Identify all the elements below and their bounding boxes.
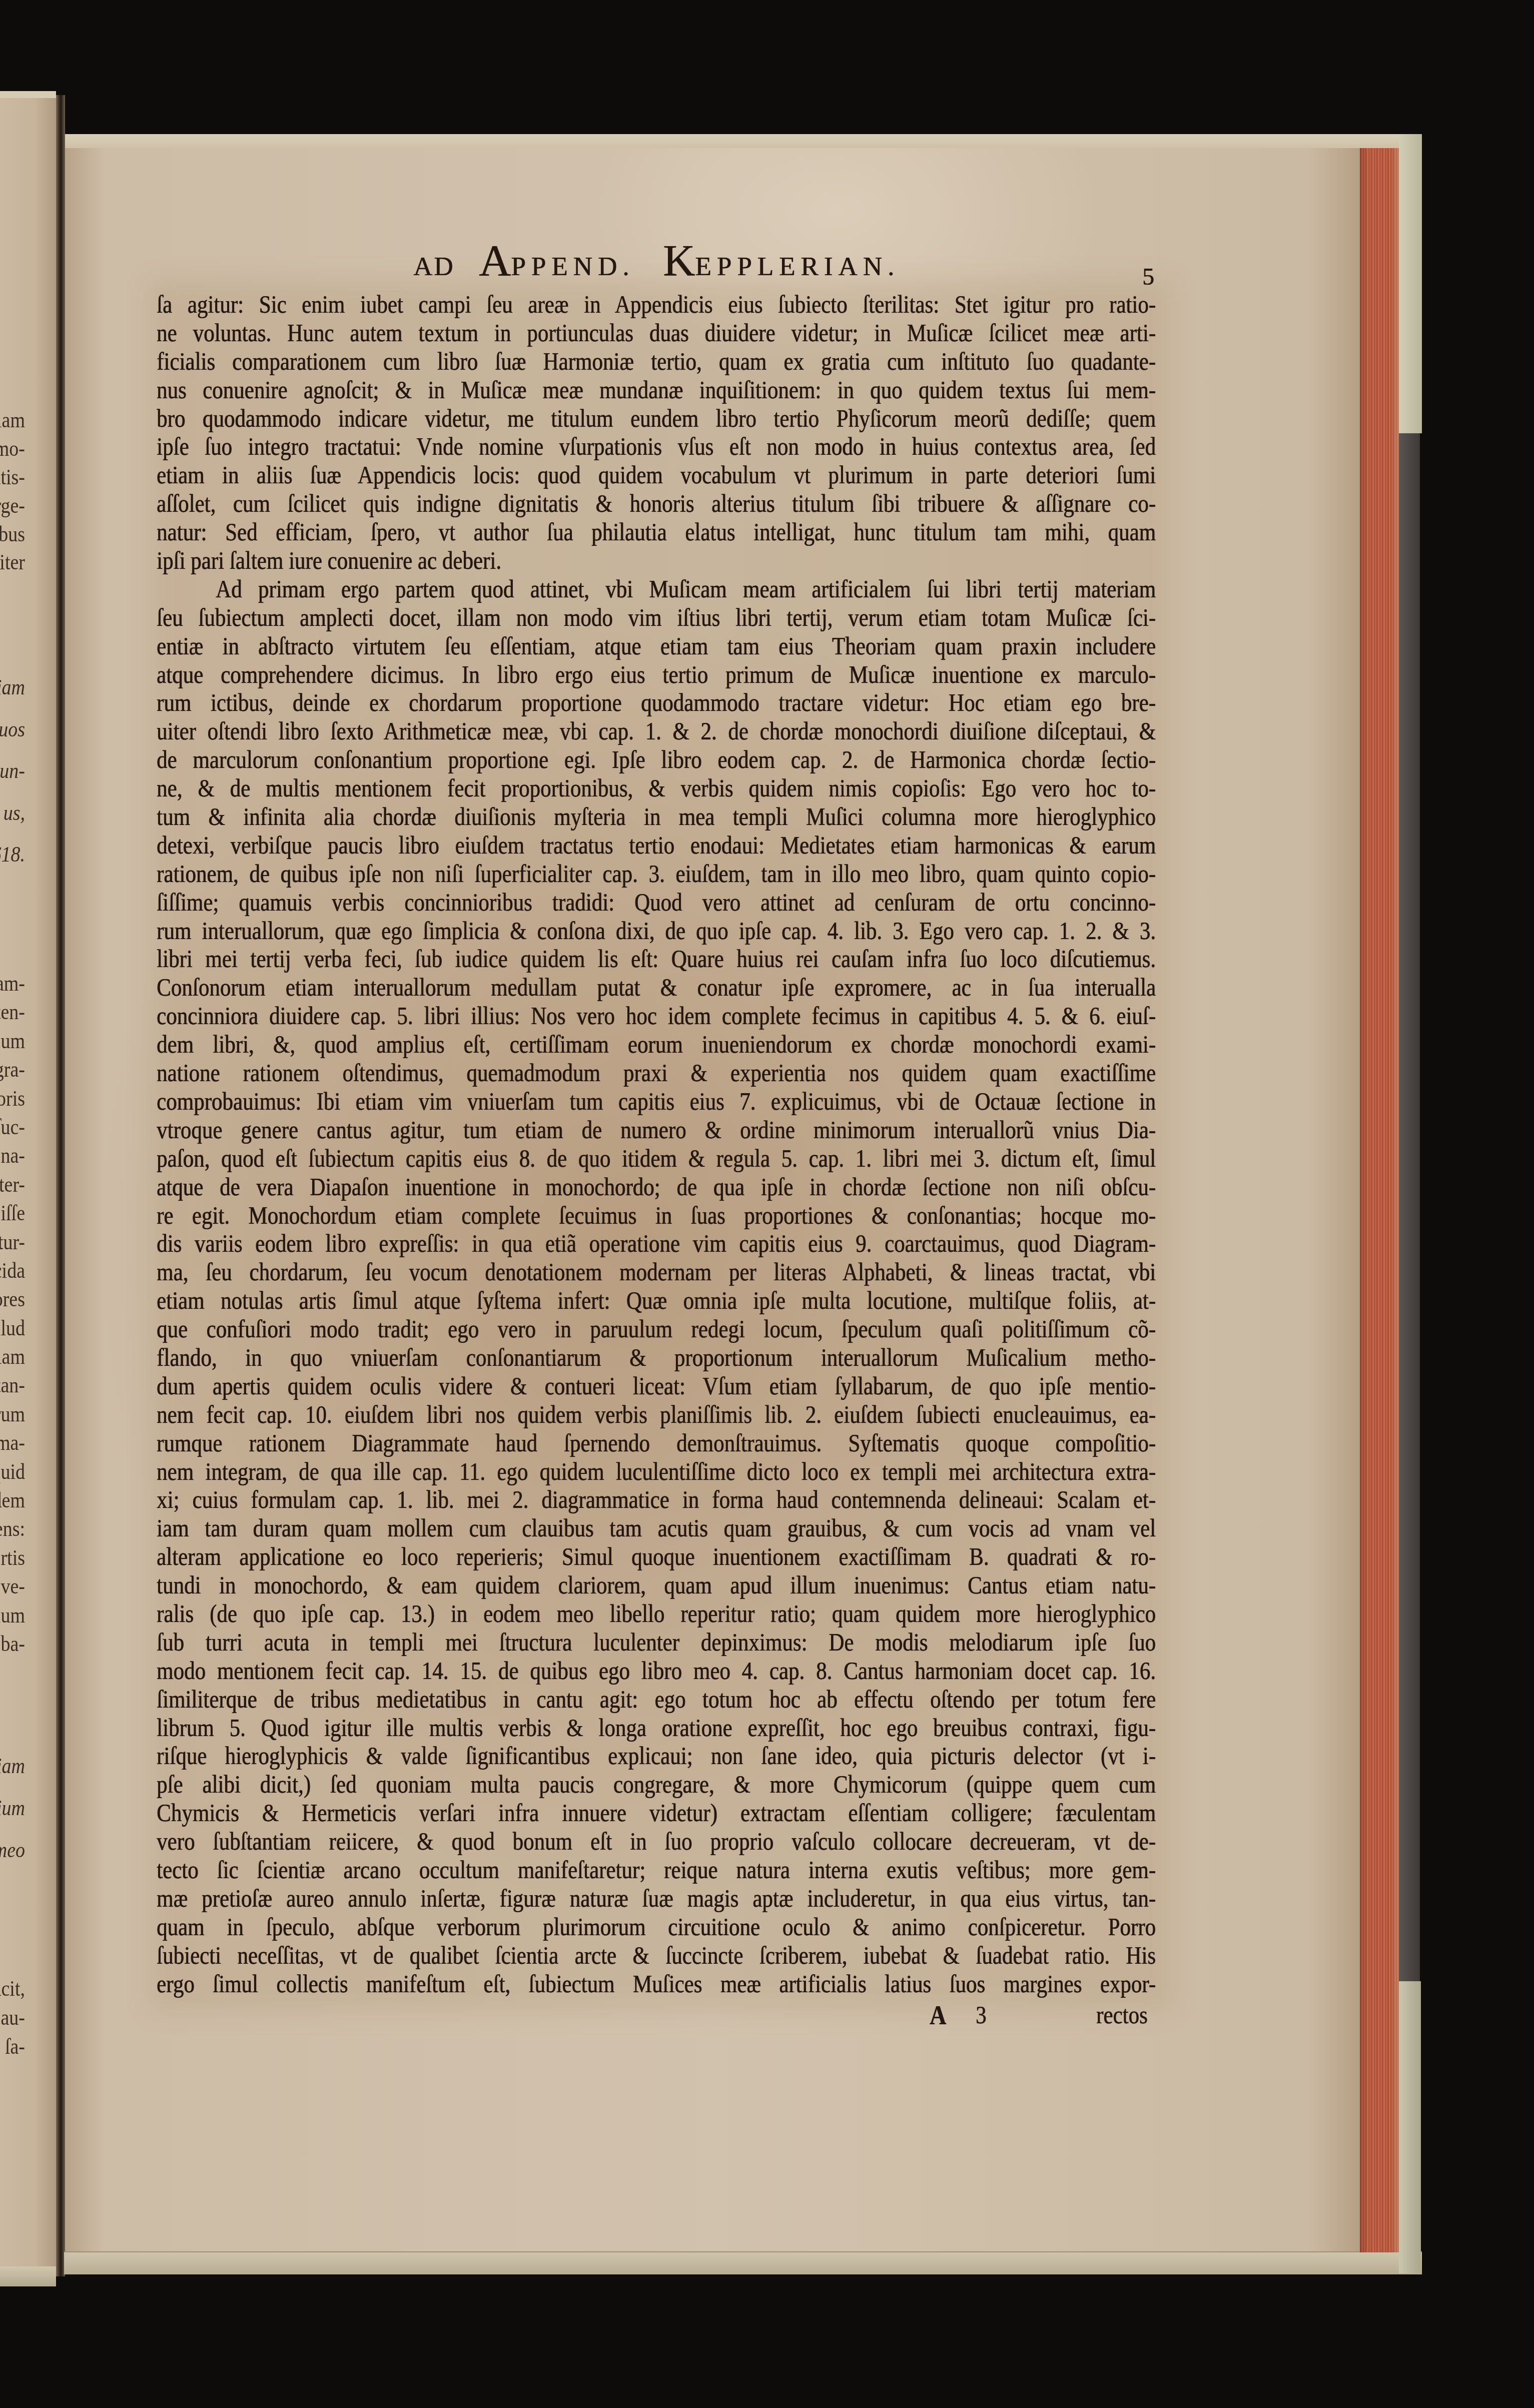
margin-fragment: ſa- — [0, 2030, 25, 2064]
margin-fragment: rge- — [0, 489, 25, 522]
signature-number: 3 — [976, 1998, 987, 2032]
margin-fragment: i meo — [0, 1826, 25, 1875]
running-head-text: PPEND. — [511, 252, 634, 281]
margin-fragment: un- — [0, 747, 25, 795]
previous-page-fragments-1: iam mo- ſatis- rge- ibus uiter — [0, 406, 25, 577]
margin-fragment: tur- — [0, 1226, 25, 1259]
margin-fragment: tium — [0, 1784, 25, 1833]
running-head-word-1: AD — [413, 239, 455, 283]
margin-fragment: roba- — [0, 1628, 25, 1661]
book-gutter — [56, 95, 65, 2276]
margin-fragment: uter- — [0, 1168, 25, 1201]
page-bottom-edge — [64, 2251, 1422, 2274]
running-head-text: AD — [413, 252, 455, 281]
margin-fragment: iam — [0, 404, 25, 437]
margin-fragment: llud — [0, 1312, 25, 1345]
body-text: ſa agitur: Sic enim iubet campi ſeu areæ… — [157, 291, 1156, 1998]
margin-fragment: ten- — [0, 996, 25, 1029]
margin-fragment: iſſe — [0, 1197, 25, 1230]
cover-edge-dark — [1399, 433, 1420, 1981]
vellum-cover-edge-bottom — [1399, 1981, 1421, 2273]
margin-fragment: erum — [0, 1398, 25, 1431]
margin-fragment: itan- — [0, 1369, 25, 1402]
margin-fragment: ma- — [0, 1427, 25, 1460]
margin-fragment: gra- — [0, 1054, 25, 1087]
previous-page-fragments-3: am- ten- cum gra- oris ſuc- n na- uter- … — [0, 970, 25, 1659]
margin-fragment: o cau- — [0, 2001, 25, 2035]
margin-fragment: tens: — [0, 1513, 25, 1546]
margin-fragment: oris — [0, 1082, 25, 1115]
margin-fragment: n na- — [0, 1140, 25, 1173]
previous-page-fragments-2: iam uos un- us, 618. — [0, 667, 25, 876]
margin-fragment: ſatis- — [0, 461, 25, 494]
margin-fragment: facit, — [0, 1972, 25, 2006]
margin-fragment: certis — [0, 1542, 25, 1575]
margin-fragment: cida — [0, 1255, 25, 1288]
margin-fragment: riam — [0, 1742, 25, 1791]
margin-fragment: uiter — [0, 546, 25, 579]
text-line: ergo ſimul collectis manifeſtum eſt, ſub… — [157, 1967, 1156, 2001]
margin-fragment: cum — [0, 1025, 25, 1058]
previous-page-fragments-5: facit, o cau- ſa- — [0, 1974, 25, 2061]
red-fore-edge — [1360, 148, 1399, 2252]
running-head-text: EPPLERIAN. — [695, 252, 900, 281]
signature-letter: A — [930, 1998, 946, 2032]
running-head-initial: K — [663, 236, 695, 285]
margin-fragment: ores — [0, 1283, 25, 1316]
vellum-cover-edge-top — [1399, 134, 1422, 433]
margin-fragment: us, — [0, 789, 25, 837]
running-head-word-2: APPEND. — [479, 239, 634, 283]
margin-fragment: n ve- — [0, 1570, 25, 1603]
margin-fragment: iam — [0, 664, 25, 712]
margin-fragment: mo- — [0, 433, 25, 465]
margin-fragment: quid — [0, 1455, 25, 1488]
margin-fragment: uos — [0, 705, 25, 753]
catchword: rectos — [1096, 1998, 1148, 2032]
margin-fragment: rium — [0, 1599, 25, 1632]
running-head-word-3: KEPPLERIAN. — [663, 239, 900, 283]
previous-page-bottom-edge — [0, 2266, 56, 2286]
running-head-initial: A — [479, 236, 511, 285]
margin-fragment: 618. — [0, 831, 25, 879]
previous-page-fragments-4: riam tium i meo — [0, 1745, 25, 1871]
page-number: 5 — [1142, 265, 1154, 289]
